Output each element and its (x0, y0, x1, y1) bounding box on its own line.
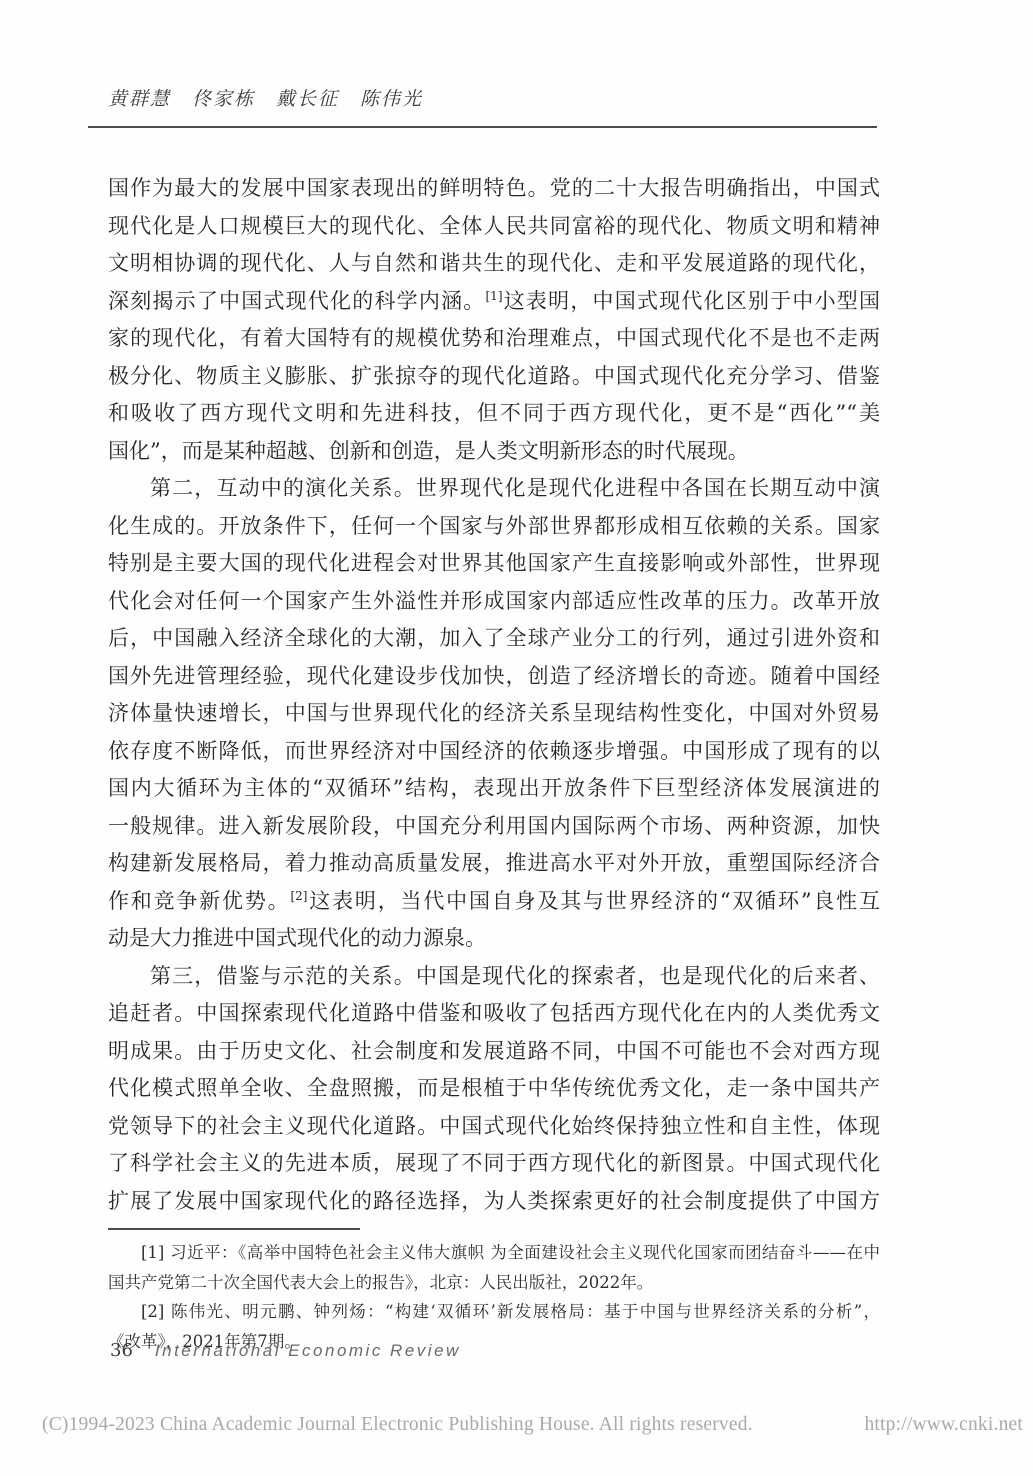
page-number: 36 (110, 1340, 133, 1361)
footnote-marker: [2] (290, 889, 307, 903)
body-line-p1-1: 国作为最大的发展中国家表现出的鲜明特色。党的二十大报告明确指出，中国式 (108, 170, 880, 208)
body-line-p1-2: 现代化是人口规模巨大的现代化、全体人民共同富裕的现代化、物质文明和精神 (108, 208, 880, 246)
body-line-p2-8: 依存度不断降低，而世界经济对中国经济的依赖逐步增强。中国形成了现有的以 (108, 733, 880, 771)
body-line-p2-2: 化生成的。开放条件下，任何一个国家与外部世界都形成相互依赖的关系。国家 (108, 508, 880, 546)
body-line-p3-1: 第三，借鉴与示范的关系。中国是现代化的探索者，也是现代化的后来者、 (108, 958, 880, 996)
author-names: 黄群慧 佟家栋 戴长征 陈伟光 (108, 84, 423, 111)
body-line-p1-4: 深刻揭示了中国式现代化的科学内涵。[1]这表明，中国式现代化区别于中小型国 (108, 283, 880, 321)
body-line-p1-6: 极分化、物质主义膨胀、扩张掠夺的现代化道路。中国式现代化充分学习、借鉴 (108, 358, 880, 396)
body-line-p2-4: 代化会对任何一个国家产生外溢性并形成国家内部适应性改革的压力。改革开放 (108, 583, 880, 621)
footnote-2-line-1: [2] 陈伟光、明元鹏、钟列炀：“构建‘双循环’新发展格局：基于中国与世界经济关… (108, 1297, 880, 1327)
page-footer: 36 International Economic Review (110, 1340, 461, 1361)
body-line-p3-5: 党领导下的社会主义现代化道路。中国式现代化始终保持独立性和自主性，体现 (108, 1108, 880, 1146)
body-line-p2-13: 动是大力推进中国式现代化的动力源泉。 (108, 920, 880, 958)
body-line-p3-4: 代化模式照单全收、全盘照搬，而是根植于中华传统优秀文化，走一条中国共产 (108, 1070, 880, 1108)
body-line-p3-3: 明成果。由于历史文化、社会制度和发展道路不同，中国不可能也不会对西方现 (108, 1033, 880, 1071)
body-line-p1-7: 和吸收了西方现代文明和先进科技，但不同于西方现代化，更不是“西化”“美 (108, 395, 880, 433)
body-line-p2-3: 特别是主要大国的现代化进程会对世界其他国家产生直接影响或外部性，世界现 (108, 545, 880, 583)
body-line-p1-3: 文明相协调的现代化、人与自然和谐共生的现代化、走和平发展道路的现代化， (108, 245, 880, 283)
body-line-p3-7: 扩展了发展中国家现代化的路径选择，为人类探索更好的社会制度提供了中国方 (108, 1183, 880, 1221)
footnote-separator (108, 1228, 360, 1230)
body-line-p2-9: 国内大循环为主体的“双循环”结构，表现出开放条件下巨型经济体发展演进的 (108, 770, 880, 808)
body-line-p2-1: 第二，互动中的演化关系。世界现代化是现代化进程中各国在长期互动中演 (108, 470, 880, 508)
body-line-p2-12: 作和竞争新优势。[2]这表明，当代中国自身及其与世界经济的“双循环”良性互 (108, 883, 880, 921)
footnote-1-line-2: 国共产党第二十次全国代表大会上的报告》，北京：人民出版社，2022年。 (108, 1268, 880, 1298)
body-line-p2-7: 济体量快速增长，中国与世界现代化的经济关系呈现结构性变化，中国对外贸易 (108, 695, 880, 733)
body-line-p2-6: 国外先进管理经验，现代化建设步伐加快，创造了经济增长的奇迹。随着中国经 (108, 658, 880, 696)
body-line-p3-2: 追赶者。中国探索现代化道路中借鉴和吸收了包括西方现代化在内的人类优秀文 (108, 995, 880, 1033)
copyright-text: (C)1994-2023 China Academic Journal Elec… (42, 1414, 753, 1436)
body-line-p3-6: 了科学社会主义的先进本质，展现了不同于西方现代化的新图景。中国式现代化 (108, 1145, 880, 1183)
footnote-1-line-1: [1] 习近平：《高举中国特色社会主义伟大旗帜 为全面建设社会主义现代化国家而团… (108, 1238, 880, 1268)
footnote-marker: [1] (486, 289, 503, 303)
body-line-p2-10: 一般规律。进入新发展阶段，中国充分利用国内国际两个市场、两种资源，加快 (108, 808, 880, 846)
body-line-p1-5: 家的现代化，有着大国特有的规模优势和治理难点，中国式现代化不是也不走两 (108, 320, 880, 358)
copyright-url: http://www.cnki.net (864, 1414, 1023, 1436)
journal-name: International Economic Review (155, 1341, 461, 1361)
article-body: 国作为最大的发展中国家表现出的鲜明特色。党的二十大报告明确指出，中国式现代化是人… (108, 170, 880, 1220)
header-rule (88, 126, 877, 128)
journal-page: 黄群慧 佟家栋 戴长征 陈伟光 国作为最大的发展中国家表现出的鲜明特色。党的二十… (0, 0, 1033, 1476)
body-line-p2-5: 后，中国融入经济全球化的大潮，加入了全球产业分工的行列，通过引进外资和 (108, 620, 880, 658)
body-line-p1-8: 国化”，而是某种超越、创新和创造，是人类文明新形态的时代展现。 (108, 433, 880, 471)
footnotes: [1] 习近平：《高举中国特色社会主义伟大旗帜 为全面建设社会主义现代化国家而团… (108, 1238, 880, 1356)
copyright-strip: (C)1994-2023 China Academic Journal Elec… (0, 1414, 1033, 1436)
body-line-p2-11: 构建新发展格局，着力推动高质量发展，推进高水平对外开放，重塑国际经济合 (108, 845, 880, 883)
